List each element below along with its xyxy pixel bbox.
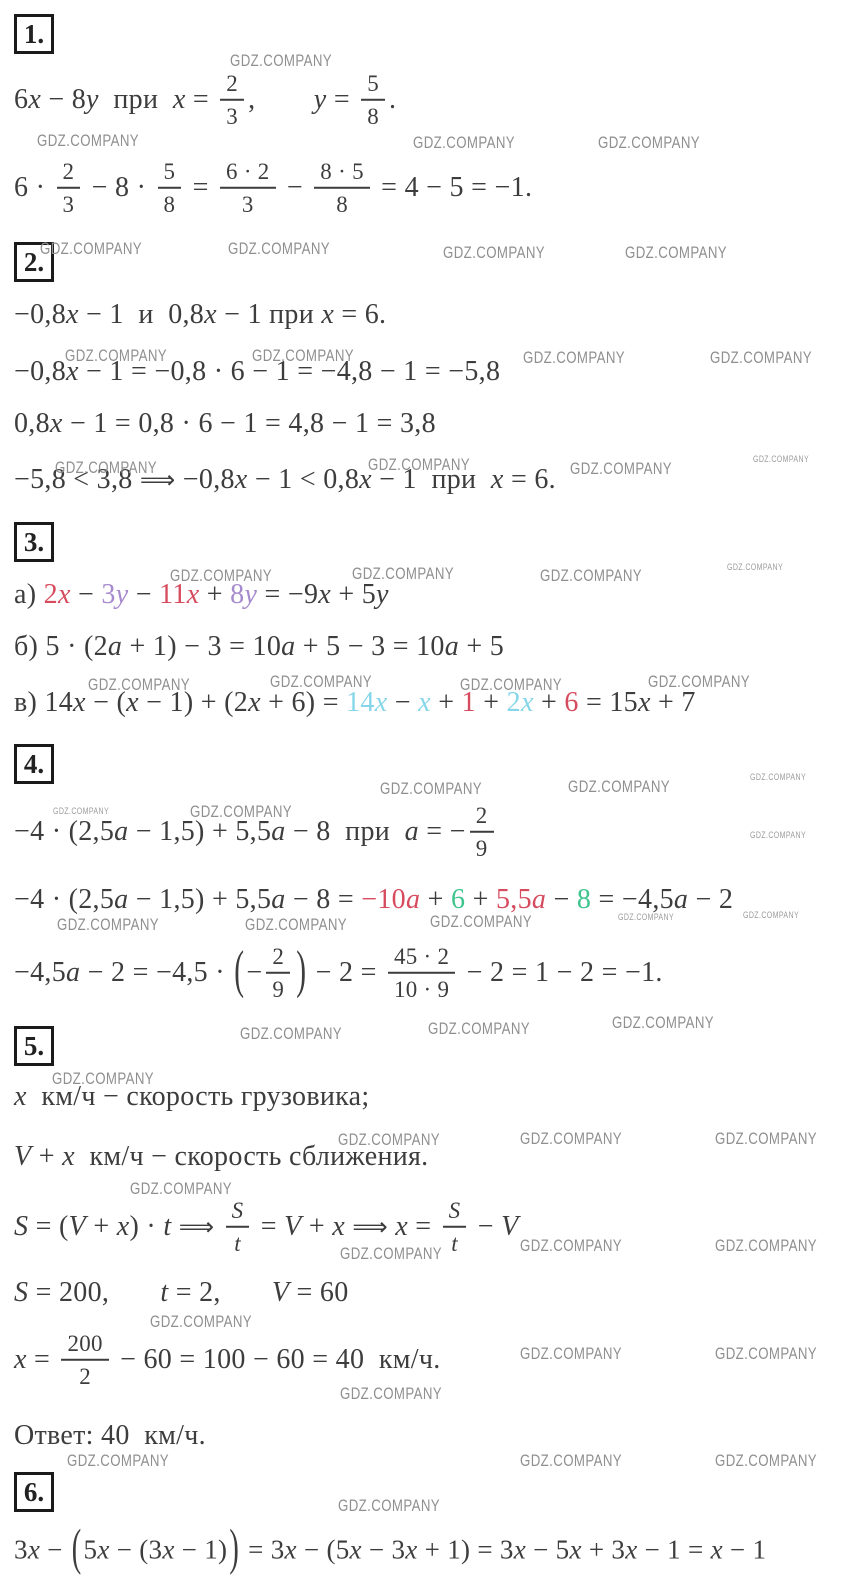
math-text: − 2 = [308,957,384,989]
problem-number-label: 1. [24,19,44,50]
math-variable: x [97,1534,109,1565]
math-text: = [185,172,216,204]
watermark-text: GDZ.COMPANY [88,676,190,693]
math-text [345,1211,352,1243]
math-text: − 8 = [286,884,362,916]
math-variable: x [235,464,248,496]
watermark-text: GDZ.COMPANY [523,349,625,366]
math-text: − 2 = 1 − 2 = −1. [459,957,662,989]
math-text: − 60 = 100 − 60 = 40 км/ч. [113,1344,441,1376]
math-text: = 60 [289,1277,348,1309]
watermark-text: GDZ.COMPANY [750,773,806,782]
watermark-text: GDZ.COMPANY [340,1385,442,1402]
math-variable: S [232,1198,244,1223]
problem-number-label: 6. [24,1477,44,1508]
watermark-text: GDZ.COMPANY [715,1452,817,1469]
math-text: + [431,687,462,719]
fraction: 23 [57,159,81,217]
fraction-numerator: 5 [158,159,182,189]
math-text: −0,8 [14,299,66,331]
math-text [171,1211,178,1243]
math-text: 6 · [14,172,53,204]
math-text: 8 [336,192,348,217]
math-line: 6x − 8y при x = 23, y = 58. [14,71,396,129]
math-text: 8 [577,884,591,916]
watermark-text: GDZ.COMPANY [40,240,142,257]
math-text: ) [229,1521,239,1580]
math-text: − 5 [526,1534,569,1565]
math-variable: x [638,687,651,719]
watermark-text: GDZ.COMPANY [570,460,672,477]
math-text: 3 [226,104,238,129]
watermark-text: GDZ.COMPANY [170,567,272,584]
math-variable: x [332,1211,345,1243]
math-variable: a [66,957,80,989]
watermark-text: GDZ.COMPANY [568,778,670,795]
math-variable: x [58,579,71,611]
watermark-text: GDZ.COMPANY [37,132,139,149]
math-text: + 6) = [261,687,346,719]
fraction-denominator: 3 [220,101,244,129]
math-text: 2 [226,71,238,96]
math-text: 2 [476,803,488,828]
watermark-text: GDZ.COMPANY [727,563,783,572]
math-variable: a [114,884,128,916]
fraction: St [443,1198,467,1256]
math-variable: x [204,299,217,331]
math-text: 9 [272,977,284,1002]
watermark-text: GDZ.COMPANY [52,1070,154,1087]
fraction: 23 [220,71,244,129]
math-text: 3 [14,1534,28,1565]
math-text: = [327,84,358,116]
math-variable: x [625,1534,637,1565]
watermark-text: GDZ.COMPANY [715,1345,817,1362]
fraction-numerator: 2 [470,803,494,833]
math-text: + 7 [651,687,696,719]
math-text: −10 [361,884,406,916]
math-variable: a [271,884,285,916]
math-text: + 5 [331,579,376,611]
math-variable: x [569,1534,581,1565]
watermark-text: GDZ.COMPANY [598,134,700,151]
math-text: + [302,1211,333,1243]
math-variable: y [314,84,327,116]
math-variable: x [50,408,63,440]
math-text: 8 · 5 [320,159,364,184]
fraction-denominator: 10 · 9 [388,974,455,1002]
math-text [214,1211,221,1243]
math-variable: x [28,84,41,116]
math-text: + [86,1211,117,1243]
problem-number-box-4: 4. [14,744,54,784]
fraction-denominator: 8 [158,189,182,217]
watermark-text: GDZ.COMPANY [245,916,347,933]
implies-arrow: ⟹ [179,1213,215,1241]
math-text: − [280,172,311,204]
fraction: 29 [470,803,494,861]
math-text: = 2, [168,1277,220,1309]
math-line: 6 · 23 − 8 · 58 = 6 · 23 − 8 · 58 = 4 − … [14,159,532,217]
watermark-text: GDZ.COMPANY [352,565,454,582]
math-line: x = 2002 − 60 = 100 − 60 = 40 км/ч. [14,1331,441,1389]
math-text: 6 [564,687,578,719]
math-line: Ответ: 40 км/ч. [14,1420,206,1452]
math-text: 2 [79,1364,91,1389]
math-text: 3 [242,192,254,217]
watermark-text: GDZ.COMPANY [368,456,470,473]
watermark-text: GDZ.COMPANY [648,673,750,690]
watermark-text: GDZ.COMPANY [520,1345,622,1362]
math-line: 3x − (5x − (3x − 1)) = 3x − (5x − 3x + 1… [14,1534,766,1567]
math-text: 10 · 9 [394,977,449,1002]
math-variable: a [405,816,419,848]
math-text: + 5 [459,631,504,663]
math-text: а) [14,579,44,611]
math-text: = [27,1344,58,1376]
math-variable: t [163,1211,171,1243]
math-text: −4 · (2,5 [14,884,114,916]
math-text: − 8 · [84,172,153,204]
fraction-denominator: 9 [266,974,290,1002]
watermark-text: GDZ.COMPANY [612,1014,714,1031]
math-text: = 15 [579,687,638,719]
fraction-denominator: t [445,1228,464,1256]
math-variable: x [375,687,388,719]
math-text: − 1) [175,1534,228,1565]
math-text: − 2 [688,884,733,916]
watermark-text: GDZ.COMPANY [618,913,674,922]
math-variable: x [405,1534,417,1565]
math-text: −4 · (2,5 [14,816,114,848]
math-text: = 3 [241,1534,284,1565]
math-variable: t [451,1231,458,1256]
math-text: 8 [164,192,176,217]
problem-number-label: 3. [24,527,44,558]
math-variable: x [395,1211,408,1243]
watermark-text: GDZ.COMPANY [428,1020,530,1037]
math-variable: x [62,1141,75,1173]
math-text: − [128,579,159,611]
math-text: ( [234,943,244,1004]
math-text: 200 [67,1331,102,1356]
math-text: −4,5 [14,957,66,989]
fraction-denominator: 2 [73,1361,97,1389]
math-text: − 3 [362,1534,405,1565]
problem-number-box-5: 5. [14,1026,54,1066]
math-text: в) 14 [14,687,73,719]
math-variable: x [66,299,79,331]
math-variable: a [114,816,128,848]
watermark-text: GDZ.COMPANY [65,347,167,364]
watermark-text: GDZ.COMPANY [67,1452,169,1469]
fraction-numerator: 2 [57,159,81,189]
watermark-text: GDZ.COMPANY [270,673,372,690]
math-text: 8 [367,104,379,129]
watermark-text: GDZ.COMPANY [460,676,562,693]
watermark-text: GDZ.COMPANY [753,455,809,464]
fraction: 58 [361,71,385,129]
math-text: − 8 при [286,816,405,848]
math-text: ) · [129,1211,163,1243]
math-variable: S [14,1277,28,1309]
math-text: + 5 − 3 = 10 [295,631,444,663]
math-variable: S [14,1211,28,1243]
math-variable: t [234,1231,241,1256]
math-text: − 1 = [638,1534,711,1565]
math-text: − 2 = −4,5 · [80,957,232,989]
math-text: 6 [14,84,28,116]
fraction-denominator: 3 [57,189,81,217]
problem-number-label: 5. [24,1031,44,1062]
math-text: + [31,1141,62,1173]
math-text: − 1 < 0,8 [248,464,360,496]
math-variable: V [14,1141,31,1173]
math-text: при [99,84,173,116]
math-variable: y [116,579,129,611]
math-variable: x [14,1344,27,1376]
math-variable: a [445,631,459,663]
math-text: − 1 и 0,8 [79,299,204,331]
math-variable: x [350,1534,362,1565]
math-variable: x [28,1534,40,1565]
math-line: −0,8x − 1 и 0,8x − 1 при x = 6. [14,299,386,331]
math-text: 5 [164,159,176,184]
fraction-numerator: 2 [220,71,244,101]
watermark-text: GDZ.COMPANY [625,244,727,261]
fraction-denominator: 8 [330,189,354,217]
watermark-text: GDZ.COMPANY [338,1131,440,1148]
math-variable: x [285,1534,297,1565]
problem-number-label: 4. [24,749,44,780]
math-text: − [71,579,102,611]
watermark-text: GDZ.COMPANY [715,1130,817,1147]
math-variable: S [449,1198,461,1223]
math-line: −4,5a − 2 = −4,5 · (−29) − 2 = 45 · 210 … [14,944,663,1002]
math-variable: x [73,687,86,719]
math-text: + 3 [582,1534,625,1565]
math-text: − [246,957,262,989]
fraction: 6 · 23 [220,159,276,217]
math-text: 2 [272,944,284,969]
watermark-text: GDZ.COMPANY [230,52,332,69]
math-text [109,1277,160,1309]
fraction-numerator: S [443,1198,467,1228]
math-text: − (3 [110,1534,163,1565]
math-text: + 1) − 3 = 10 [122,631,281,663]
watermark-text: GDZ.COMPANY [190,803,292,820]
math-text: б) 5 · (2 [14,631,108,663]
fraction: 29 [266,944,290,1002]
watermark-text: GDZ.COMPANY [710,349,812,366]
math-text: = 6. [504,464,556,496]
watermark-text: GDZ.COMPANY [413,134,515,151]
math-variable: a [674,884,688,916]
watermark-text: GDZ.COMPANY [55,459,157,476]
math-text: − [470,1211,501,1243]
math-text: + 1) = 3 [418,1534,514,1565]
math-text: − 8 [41,84,86,116]
math-variable: x [248,687,261,719]
watermark-text: GDZ.COMPANY [540,567,642,584]
math-variable: t [160,1277,168,1309]
math-text: 3 [63,192,75,217]
math-text: 0,8 [14,408,50,440]
watermark-text: GDZ.COMPANY [57,916,159,933]
fraction-denominator: 9 [470,833,494,861]
math-text: ( [72,1521,82,1580]
watermark-text: GDZ.COMPANY [252,347,354,364]
math-text: = [408,1211,439,1243]
watermark-text: GDZ.COMPANY [430,913,532,930]
math-text: 5 [84,1534,98,1565]
math-variable: V [272,1277,289,1309]
fraction-numerator: 2 [266,944,290,974]
watermark-text: GDZ.COMPANY [520,1237,622,1254]
math-text: − 1 при [217,299,321,331]
math-variable: x [173,84,186,116]
math-text: 3 [101,579,115,611]
math-text: − (5 [297,1534,350,1565]
problem-number-box-3: 3. [14,522,54,562]
fraction-denominator: 3 [236,189,260,217]
watermark-text: GDZ.COMPANY [240,1025,342,1042]
math-text: = ( [28,1211,68,1243]
math-variable: x [162,1534,174,1565]
math-variable: x [491,464,504,496]
math-variable: a [532,884,546,916]
math-text: −0,8 [176,464,235,496]
math-text: = 6. [334,299,386,331]
math-text: − 1 [723,1534,766,1565]
math-variable: a [108,631,122,663]
math-text: 6 · 2 [226,159,270,184]
fraction-numerator: S [226,1198,250,1228]
math-line: S = 200, t = 2, V = 60 [14,1277,349,1309]
fraction-numerator: 200 [61,1331,108,1361]
math-variable: x [711,1534,723,1565]
fraction: 8 · 58 [314,159,370,217]
fraction-denominator: t [228,1228,247,1256]
fraction: 2002 [61,1331,108,1389]
watermark-text: GDZ.COMPANY [380,780,482,797]
math-variable: a [281,631,295,663]
math-text: = − [419,816,466,848]
math-variable: x [318,579,331,611]
math-text: 9 [476,836,488,861]
math-line: S = (V + x) · t ⟹ St = V + x ⟹ x = St − … [14,1198,519,1256]
math-text: = 200, [28,1277,109,1309]
math-variable: y [86,84,99,116]
math-text: 2 [63,159,75,184]
implies-arrow: ⟹ [352,1213,388,1241]
problem-number-box-1: 1. [14,14,54,54]
fraction-numerator: 5 [361,71,385,101]
watermark-text: GDZ.COMPANY [750,831,806,840]
math-line: б) 5 · (2a + 1) − 3 = 10a + 5 − 3 = 10a … [14,631,504,663]
math-text: 5 [367,71,379,96]
math-text: − [387,687,418,719]
worksheet-page: 1.6x − 8y при x = 23, y = 58.6 · 23 − 8 … [0,0,859,1583]
math-line: 0,8x − 1 = 0,8 · 6 − 1 = 4,8 − 1 = 3,8 [14,408,436,440]
math-text: = [253,1211,284,1243]
math-text [221,1277,272,1309]
math-variable: x [117,1211,130,1243]
math-text: 2 [44,579,58,611]
math-text: − 1,5) + 5,5 [128,884,271,916]
watermark-text: GDZ.COMPANY [150,1313,252,1330]
watermark-text: GDZ.COMPANY [130,1180,232,1197]
fraction: St [226,1198,250,1256]
watermark-text: GDZ.COMPANY [715,1237,817,1254]
watermark-text: GDZ.COMPANY [443,244,545,261]
problem-number-box-6: 6. [14,1472,54,1512]
math-text: − [40,1534,70,1565]
watermark-text: GDZ.COMPANY [743,911,799,920]
fraction-numerator: 8 · 5 [314,159,370,189]
math-text: = [186,84,217,116]
math-text: = 4 − 5 = −1. [374,172,532,204]
math-variable: x [321,299,334,331]
fraction-denominator: 8 [361,101,385,129]
math-text: , [248,84,314,116]
fraction: 45 · 210 · 9 [388,944,455,1002]
watermark-text: GDZ.COMPANY [340,1245,442,1262]
math-variable: V [284,1211,301,1243]
math-text: − 1 = 0,8 · 6 − 1 = 4,8 − 1 = 3,8 [63,408,436,440]
math-text: ) [296,943,306,1004]
math-text: Ответ: 40 км/ч. [14,1420,206,1452]
watermark-text: GDZ.COMPANY [228,240,330,257]
watermark-text: GDZ.COMPANY [520,1130,622,1147]
watermark-text: GDZ.COMPANY [338,1497,440,1514]
fraction: 58 [158,159,182,217]
fraction-numerator: 6 · 2 [220,159,276,189]
math-variable: x [514,1534,526,1565]
math-text: . [389,84,396,116]
math-variable: x [14,1081,27,1113]
math-variable: V [69,1211,86,1243]
math-text: 45 · 2 [394,944,449,969]
math-text: − [546,884,577,916]
fraction-numerator: 45 · 2 [388,944,455,974]
math-variable: a [406,884,420,916]
watermark-text: GDZ.COMPANY [520,1452,622,1469]
math-text: −0,8 [14,356,66,388]
math-variable: y [376,579,389,611]
math-text: 14 [346,687,375,719]
watermark-text: GDZ.COMPANY [53,807,109,816]
math-variable: V [501,1211,518,1243]
math-variable: x [418,687,431,719]
